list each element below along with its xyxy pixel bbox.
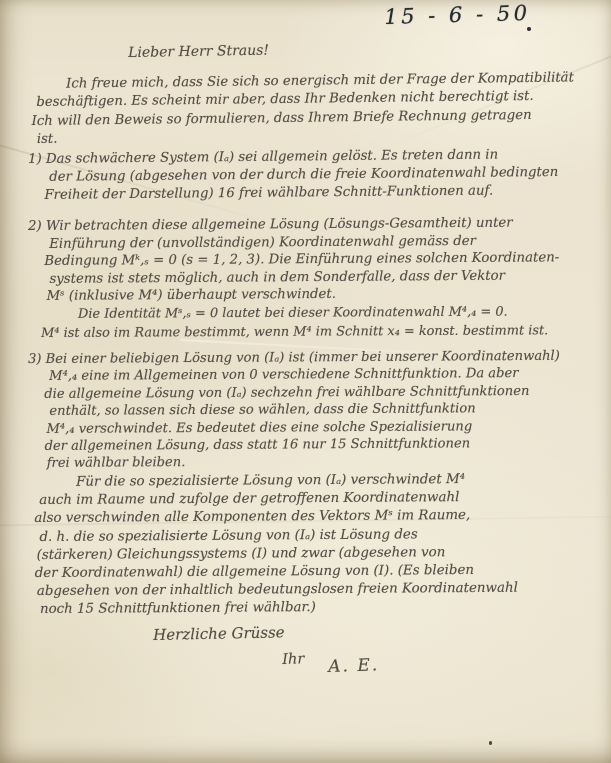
numbered-item-2: 2) Wir betrachten diese allgemeine Lösun… [28, 214, 560, 306]
ink-speck [527, 27, 531, 31]
handwritten-line: Freiheit der Darstellung) 16 frei wählba… [26, 182, 558, 205]
item-2-subparagraph: Die Identität Mˢ,ₛ = 0 lautet bei dieser… [38, 303, 548, 343]
ink-speck [489, 741, 492, 745]
signature-initials: A. E. [328, 655, 380, 677]
salutation: Lieber Herr Straus! [128, 43, 269, 61]
handwritten-line: M⁴ ist also im Raume bestimmt, wenn M⁴ i… [41, 322, 548, 343]
numbered-item-1: 1) Das schwächere System (Iₐ) sei allgem… [28, 146, 559, 206]
letter-date: 15 - 6 - 50 [384, 1, 531, 29]
handwritten-line: frei wählbar bleiben. [29, 452, 561, 473]
handwritten-line: die allgemeine Lösung von (Iₐ) sechzehn … [26, 383, 560, 404]
paragraph-conclusion: Für die so spezialisierte Lösung von (Iₐ… [36, 471, 518, 620]
closing-greeting: Herzliche Grüsse [153, 623, 285, 644]
handwritten-line: noch 15 Schnittfunktionen frei wählbar.) [40, 598, 518, 620]
handwritten-line: 2) Wir betrachten diese allgemeine Lösun… [28, 214, 559, 235]
paragraph-intro: Ich freue mich, dass Sie sich so energis… [33, 69, 575, 149]
numbered-item-3: 3) Bei einer beliebigen Lösung von (Iₐ) … [28, 348, 561, 473]
handwritten-line: Die Identität Mˢ,ₛ = 0 lautet bei dieser… [38, 303, 548, 324]
letter-page: 15 - 6 - 50 Lieber Herr Straus! Ich freu… [0, 0, 611, 763]
handwritten-line: also verschwinden alle Komponenten des V… [34, 507, 517, 529]
signature-pronoun: Ihr [282, 651, 305, 668]
